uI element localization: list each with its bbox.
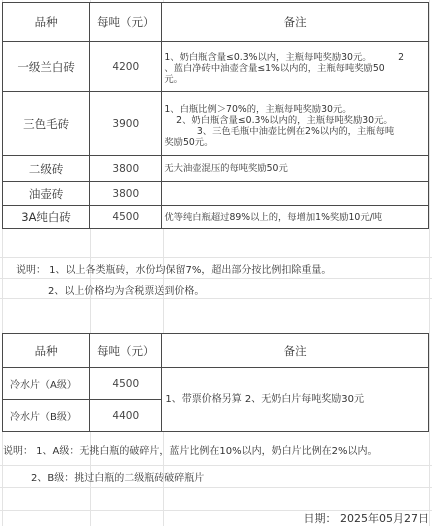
flake-price-table: 品种 每吨（元） 备注 冷水片（A级） 4500 1、带票价格另算 2、无奶白片… [2, 333, 429, 432]
cell-price[interactable]: 3900 [90, 92, 162, 156]
cell-remarks[interactable] [162, 182, 429, 206]
header-variety[interactable]: 品种 [3, 3, 90, 42]
cell-shared-remarks[interactable]: 1、带票价格另算 2、无奶白片每吨奖励30元 [162, 368, 429, 432]
price-table: 品种 每吨（元） 备注 一级兰白砖 4200 1、奶白瓶含量≤0.3%以内，主瓶… [2, 2, 429, 229]
cell-price[interactable]: 4500 [90, 206, 162, 229]
document-date[interactable]: 日期： 2025年05月27日 [304, 510, 430, 526]
table-row: 三色毛砖 3900 1、白瓶比例＞70%的，主瓶每吨奖励30元。 2、奶白瓶含量… [3, 92, 429, 156]
header-price[interactable]: 每吨（元） [90, 334, 162, 368]
cell-price[interactable]: 4200 [90, 42, 162, 92]
table-row: 油壶砖 3800 [3, 182, 429, 206]
cell-variety[interactable]: 3A纯白砖 [3, 206, 90, 229]
table-header-row: 品种 每吨（元） 备注 [3, 3, 429, 42]
cell-price[interactable]: 4500 [90, 368, 162, 400]
header-price[interactable]: 每吨（元） [90, 3, 162, 42]
remark-line: 1、白瓶比例＞70%的，主瓶每吨奖励30元。 [164, 104, 426, 115]
remark-line: 奖励50元。 [164, 137, 426, 148]
cell-variety[interactable]: 油壶砖 [3, 182, 90, 206]
grid-line [0, 257, 432, 258]
grid-line [0, 465, 432, 466]
grid-line [429, 0, 430, 526]
grid-line [0, 298, 432, 299]
cell-variety[interactable]: 二级砖 [3, 156, 90, 182]
table-row: 冷水片（A级） 4500 1、带票价格另算 2、无奶白片每吨奖励30元 [3, 368, 429, 400]
cell-variety[interactable]: 一级兰白砖 [3, 42, 90, 92]
cell-variety[interactable]: 冷水片（A级） [3, 368, 90, 400]
header-remarks[interactable]: 备注 [162, 334, 429, 368]
cell-price[interactable]: 4400 [90, 400, 162, 432]
remark-line: 1、奶白瓶含量≤0.3%以内，主瓶每吨奖励30元。 2 [164, 52, 426, 63]
table-row: 3A纯白砖 4500 优等纯白瓶超过89%以上的，每增加1%奖励10元/吨 [3, 206, 429, 229]
cell-variety[interactable]: 三色毛砖 [3, 92, 90, 156]
grid-line [0, 278, 432, 279]
note-line[interactable]: 2、以上价格均为含税票送到价格。 [48, 282, 204, 297]
cell-remarks[interactable]: 优等纯白瓶超过89%以上的，每增加1%奖励10元/吨 [162, 206, 429, 229]
grid-line [0, 487, 432, 488]
header-variety[interactable]: 品种 [3, 334, 90, 368]
table-header-row: 品种 每吨（元） 备注 [3, 334, 429, 368]
remark-line: 2、奶白瓶含量≤0.3%以内的，主瓶每吨奖励30元。 [164, 115, 426, 126]
note-line[interactable]: 2、B级：挑过白瓶的二级瓶砖破碎瓶片 [31, 469, 204, 484]
header-remarks[interactable]: 备注 [162, 3, 429, 42]
note-line[interactable]: 说明： 1、以上各类瓶砖，水份均保留7%，超出部分按比例扣除重量。 [16, 261, 331, 276]
cell-remarks[interactable]: 无大油壶混压的每吨奖励50元 [162, 156, 429, 182]
remark-line: 、蓝白净砖中油壶含量≤1%以内的，主瓶每吨奖励50 [164, 63, 426, 74]
note-line[interactable]: 说明： 1、A级：无挑白瓶的破碎片，蓝片比例在10%以内，奶白片比例在2%以内。 [3, 442, 377, 457]
table-row: 二级砖 3800 无大油壶混压的每吨奖励50元 [3, 156, 429, 182]
remark-line: 元。 [164, 74, 426, 85]
table-row: 一级兰白砖 4200 1、奶白瓶含量≤0.3%以内，主瓶每吨奖励30元。 2 、… [3, 42, 429, 92]
cell-remarks[interactable]: 1、奶白瓶含量≤0.3%以内，主瓶每吨奖励30元。 2 、蓝白净砖中油壶含量≤1… [162, 42, 429, 92]
cell-variety[interactable]: 冷水片（B级） [3, 400, 90, 432]
cell-price[interactable]: 3800 [90, 156, 162, 182]
remark-line: 3、三色毛瓶中油壶比例在2%以内的，主瓶每吨 [164, 126, 426, 137]
cell-remarks[interactable]: 1、白瓶比例＞70%的，主瓶每吨奖励30元。 2、奶白瓶含量≤0.3%以内的，主… [162, 92, 429, 156]
cell-price[interactable]: 3800 [90, 182, 162, 206]
